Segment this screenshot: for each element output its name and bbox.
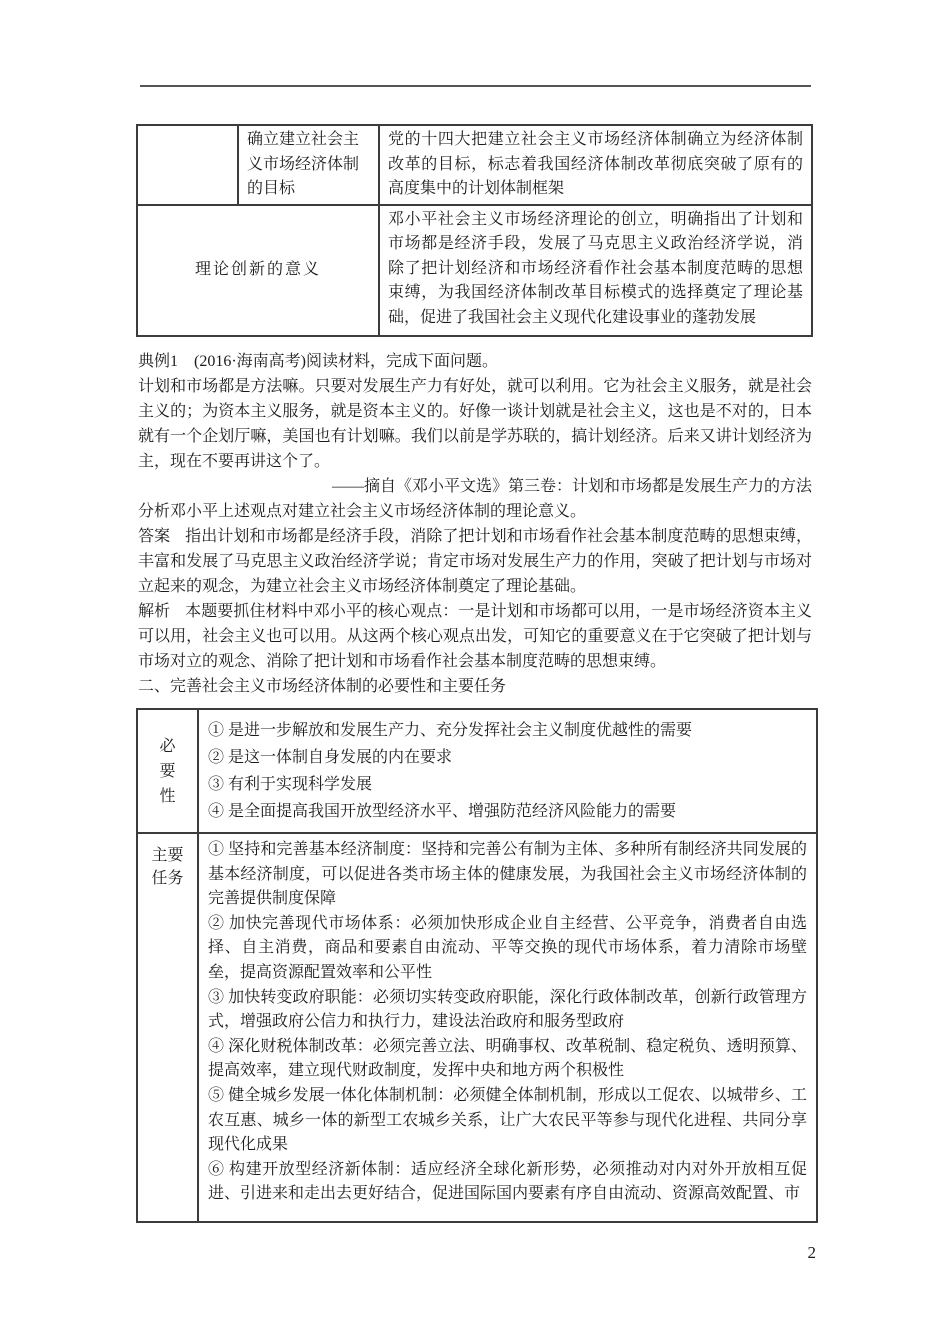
necessity-label-cell: 必要性: [137, 709, 198, 833]
tasks-label: 主要任务: [149, 844, 186, 890]
analysis-label: 解析: [138, 603, 170, 620]
necessity-item: ④ 是全面提高我国开放型经济水平、增强防范经济风险能力的需要: [208, 798, 807, 825]
necessity-label: 必要性: [158, 734, 176, 809]
goal-header-cell: 确立建立社会主义市场经济体制的目标: [238, 125, 379, 205]
task-item: ① 坚持和完善基本经济制度：坚持和完善公有制为主体、多种所有制经济共同发展的基本…: [208, 838, 807, 912]
analysis-text: 本题要抓住材料中邓小平的核心观点：一是计划和市场都可以用，一是市场经济资本主义可…: [138, 603, 812, 670]
necessity-item: ① 是进一步解放和发展生产力、充分发挥社会主义制度优越性的需要: [208, 717, 807, 744]
page-number: 2: [138, 1243, 816, 1263]
necessity-content-cell: ① 是进一步解放和发展生产力、充分发挥社会主义制度优越性的需要 ② 是这一体制自…: [198, 709, 817, 833]
example-source: ——摘自《邓小平文选》第三卷：计划和市场都是发展生产力的方法: [138, 474, 812, 499]
answer-label: 答案: [138, 528, 170, 545]
necessity-item: ③ 有利于实现科学发展: [208, 771, 807, 798]
tasks-label-cell: 主要任务: [137, 833, 198, 1222]
necessity-tasks-table: 必要性 ① 是进一步解放和发展生产力、充分发挥社会主义制度优越性的需要 ② 是这…: [136, 708, 818, 1223]
section-title: 二、完善社会主义市场经济体制的必要性和主要任务: [138, 674, 812, 699]
answer-paragraph: 答案指出计划和市场都是经济手段，消除了把计划和市场看作社会基本制度范畴的思想束缚…: [138, 524, 812, 599]
header-divider: [140, 85, 811, 87]
answer-text: 指出计划和市场都是经济手段，消除了把计划和市场看作社会基本制度范畴的思想束缚，丰…: [138, 528, 812, 595]
example-material: 计划和市场都是方法嘛。只要对发展生产力有好处，就可以利用。它为社会主义服务，就是…: [138, 374, 812, 474]
task-item: ② 加快完善现代市场体系：必须加快形成企业自主经营、公平竞争，消费者自由选择、自…: [208, 912, 807, 986]
significance-content-cell: 邓小平社会主义市场经济理论的创立，明确指出了计划和市场都是经济手段，发展了马克思…: [379, 205, 812, 336]
significance-header-cell: 理论创新的意义: [137, 205, 379, 336]
task-item: ③ 加快转变政府职能：必须切实转变政府职能，深化行政体制改革，创新行政管理方式，…: [208, 986, 807, 1035]
theory-table: 确立建立社会主义市场经济体制的目标 党的十四大把建立社会主义市场经济体制确立为经…: [136, 124, 813, 337]
example-block: 典例1 (2016·海南高考)阅读材料，完成下面问题。 计划和市场都是方法嘛。只…: [138, 349, 812, 699]
goal-corner-cell: [137, 125, 238, 205]
task-item: ④ 深化财税体制改革：必须完善立法、明确事权、改革税制、稳定税负、透明预算、提高…: [208, 1035, 807, 1084]
document-page: 确立建立社会主义市场经济体制的目标 党的十四大把建立社会主义市场经济体制确立为经…: [0, 0, 950, 1344]
goal-content-cell: 党的十四大把建立社会主义市场经济体制确立为经济体制改革的目标，标志着我国经济体制…: [379, 125, 812, 205]
task-item: ⑤ 健全城乡发展一体化体制机制：必须健全体制机制，形成以工促农、以城带乡、工农互…: [208, 1084, 807, 1158]
necessity-item: ② 是这一体制自身发展的内在要求: [208, 744, 807, 771]
analysis-paragraph: 解析本题要抓住材料中邓小平的核心观点：一是计划和市场都可以用，一是市场经济资本主…: [138, 599, 812, 674]
tasks-content-cell: ① 坚持和完善基本经济制度：坚持和完善公有制为主体、多种所有制经济共同发展的基本…: [198, 833, 817, 1222]
example-heading: 典例1 (2016·海南高考)阅读材料，完成下面问题。: [138, 349, 812, 374]
example-question: 分析邓小平上述观点对建立社会主义市场经济体制的理论意义。: [138, 499, 812, 524]
task-item: ⑥ 构建开放型经济新体制：适应经济全球化新形势，必须推动对内对外开放相互促进、引…: [208, 1158, 807, 1207]
